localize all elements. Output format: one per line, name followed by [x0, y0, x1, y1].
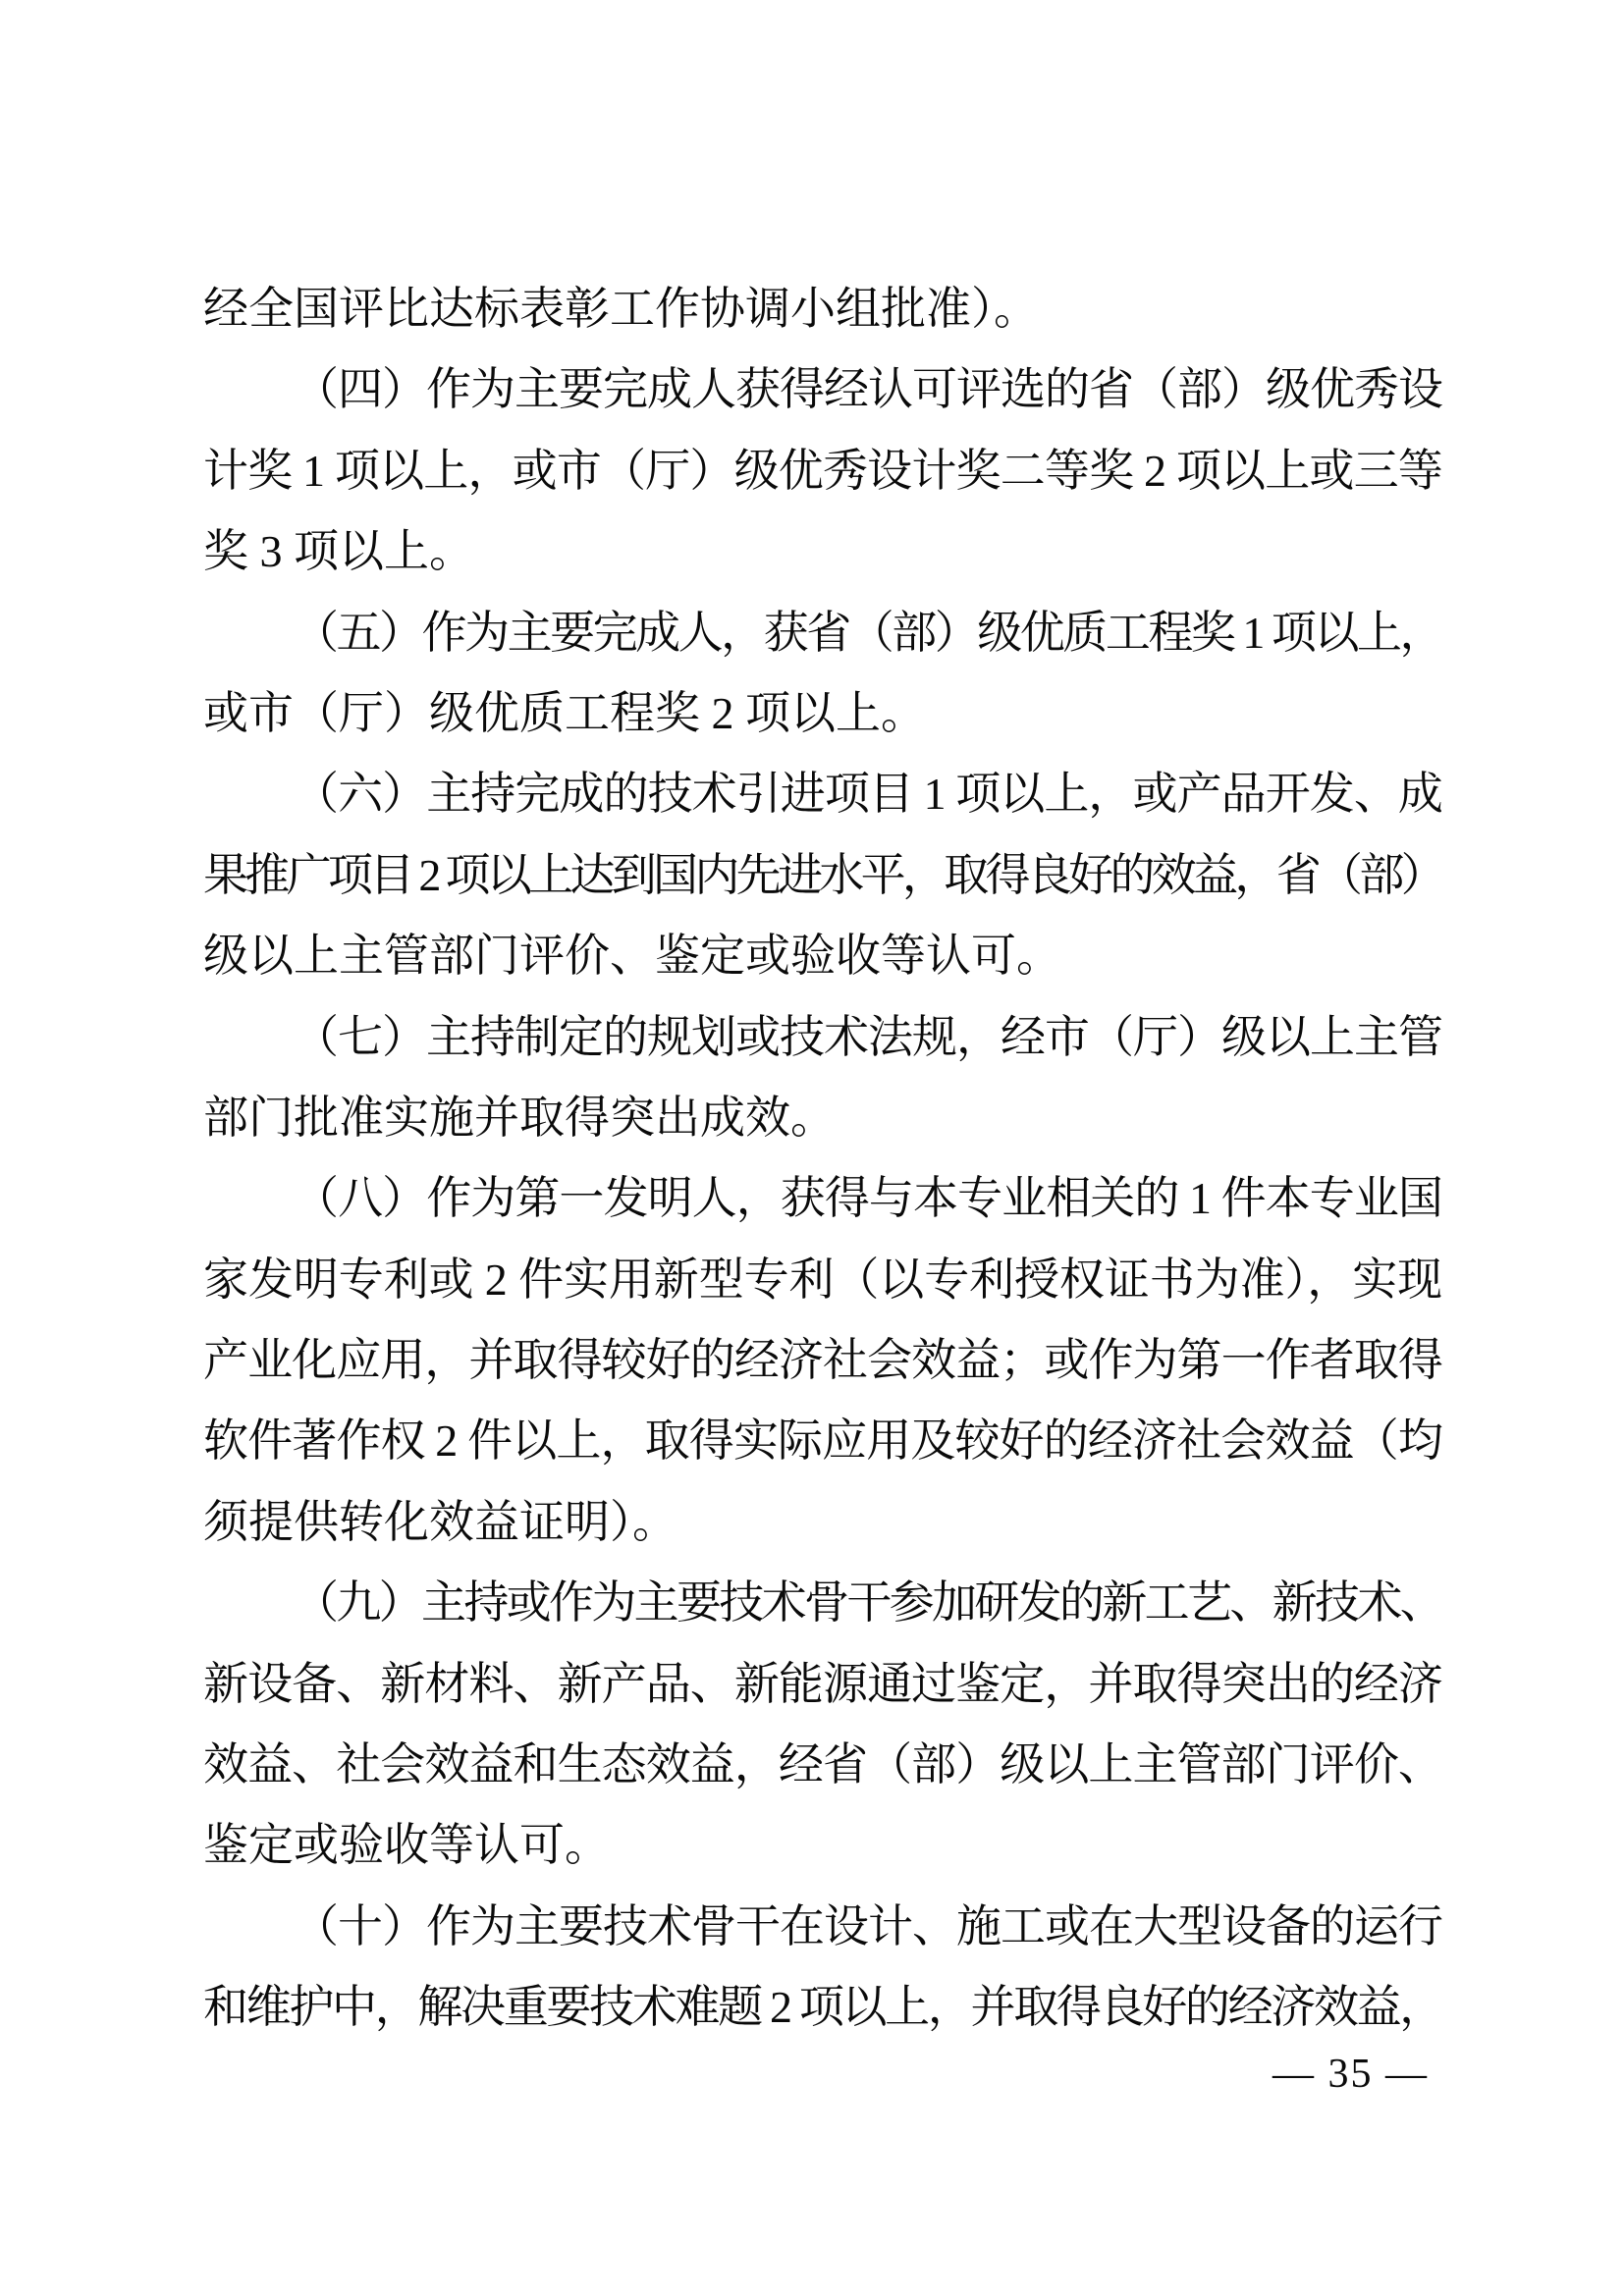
document-line: 果推广项目 2 项以上达到国内先进水平，取得良好的效益，省（部）	[203, 835, 1442, 916]
document-line-text: 计奖 1 项以上，或市（厅）级优秀设计奖二等奖 2 项以上或三等	[203, 431, 1442, 511]
document-line: 鉴定或验收等认可。	[203, 1805, 1442, 1886]
document-line: 计奖 1 项以上，或市（厅）级优秀设计奖二等奖 2 项以上或三等	[203, 431, 1442, 511]
document-line-text: 效益、社会效益和生态效益，经省（部）级以上主管部门评价、	[203, 1725, 1442, 1805]
document-line: 级以上主管部门评价、鉴定或验收等认可。	[203, 916, 1442, 996]
document-line: 效益、社会效益和生态效益，经省（部）级以上主管部门评价、	[203, 1725, 1442, 1805]
document-line-text: 部门批准实施并取得突出成效。	[203, 1078, 836, 1158]
document-line: 经全国评比达标表彰工作协调小组批准）。	[203, 269, 1442, 349]
scanned-document-page: 经全国评比达标表彰工作协调小组批准）。（四）作为主要完成人获得经认可评选的省（部…	[0, 0, 1624, 2296]
page-number: — 35 —	[1272, 2050, 1429, 2099]
document-line-text: 或市（厅）级优质工程奖 2 项以上。	[203, 673, 926, 754]
document-body: 经全国评比达标表彰工作协调小组批准）。（四）作为主要完成人获得经认可评选的省（部…	[203, 269, 1442, 2049]
document-line-text: （四）作为主要完成人获得经认可评选的省（部）级优秀设	[294, 349, 1442, 430]
document-line: （五）作为主要完成人，获省（部）级优质工程奖 1 项以上，	[203, 593, 1442, 673]
document-line-text: （五）作为主要完成人，获省（部）级优质工程奖 1 项以上，	[294, 593, 1442, 673]
document-line: 或市（厅）级优质工程奖 2 项以上。	[203, 673, 1442, 754]
document-line-text: 软件著作权 2 件以上，取得实际应用及较好的经济社会效益（均	[203, 1401, 1442, 1481]
document-line: （七）主持制定的规划或技术法规，经市（厅）级以上主管	[203, 997, 1442, 1078]
document-line: 产业化应用，并取得较好的经济社会效益；或作为第一作者取得	[203, 1320, 1442, 1401]
document-line-text: 鉴定或验收等认可。	[203, 1805, 610, 1886]
document-line-text: （六）主持完成的技术引进项目 1 项以上，或产品开发、成	[294, 754, 1442, 834]
document-line: 软件著作权 2 件以上，取得实际应用及较好的经济社会效益（均	[203, 1401, 1442, 1481]
document-line: 奖 3 项以上。	[203, 511, 1442, 592]
document-line-text: 级以上主管部门评价、鉴定或验收等认可。	[203, 916, 1061, 996]
document-line-text: （十）作为主要技术骨干在设计、施工或在大型设备的运行	[294, 1887, 1442, 1967]
document-line-text: 产业化应用，并取得较好的经济社会效益；或作为第一作者取得	[203, 1320, 1442, 1401]
document-line: （六）主持完成的技术引进项目 1 项以上，或产品开发、成	[203, 754, 1442, 834]
document-line-text: 家发明专利或 2 件实用新型专利（以专利授权证书为准），实现	[203, 1240, 1442, 1320]
document-line-text: 奖 3 项以上。	[203, 511, 474, 592]
document-line: 须提供转化效益证明）。	[203, 1482, 1442, 1563]
document-line-text: （九）主持或作为主要技术骨干参加研发的新工艺、新技术、	[294, 1563, 1442, 1643]
document-line-text: （八）作为第一发明人，获得与本专业相关的 1 件本专业国	[294, 1158, 1442, 1239]
document-line: 部门批准实施并取得突出成效。	[203, 1078, 1442, 1158]
document-line: 新设备、新材料、新产品、新能源通过鉴定，并取得突出的经济	[203, 1644, 1442, 1725]
document-line-text: 和维护中，解决重要技术难题 2 项以上，并取得良好的经济效益，	[203, 1967, 1442, 2048]
document-line-text: 经全国评比达标表彰工作协调小组批准）。	[203, 269, 1039, 349]
document-line: （九）主持或作为主要技术骨干参加研发的新工艺、新技术、	[203, 1563, 1442, 1643]
document-line: （四）作为主要完成人获得经认可评选的省（部）级优秀设	[203, 349, 1442, 430]
document-line-text: 果推广项目 2 项以上达到国内先进水平，取得良好的效益，省（部）	[203, 835, 1442, 916]
document-line: （十）作为主要技术骨干在设计、施工或在大型设备的运行	[203, 1887, 1442, 1967]
document-line: 和维护中，解决重要技术难题 2 项以上，并取得良好的经济效益，	[203, 1967, 1442, 2048]
document-line-text: 须提供转化效益证明）。	[203, 1482, 677, 1563]
document-line-text: （七）主持制定的规划或技术法规，经市（厅）级以上主管	[294, 997, 1442, 1078]
document-line: 家发明专利或 2 件实用新型专利（以专利授权证书为准），实现	[203, 1240, 1442, 1320]
document-line: （八）作为第一发明人，获得与本专业相关的 1 件本专业国	[203, 1158, 1442, 1239]
document-line-text: 新设备、新材料、新产品、新能源通过鉴定，并取得突出的经济	[203, 1644, 1442, 1725]
